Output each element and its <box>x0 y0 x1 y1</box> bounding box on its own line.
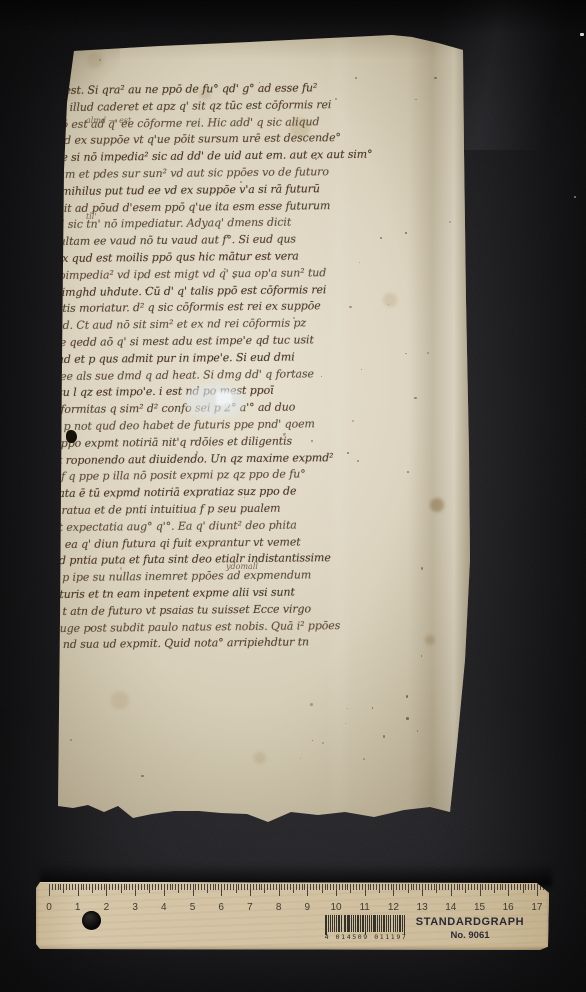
ruler-tick <box>411 884 412 890</box>
ruler-tick <box>531 884 532 890</box>
ruler-number: 9 <box>305 902 311 913</box>
parchment-speck <box>363 758 365 760</box>
ruler-tick <box>60 884 61 890</box>
barcode-bar <box>353 915 354 932</box>
barcode-bar <box>325 915 327 935</box>
barcode-bar <box>344 915 345 932</box>
erased-patch <box>186 384 244 418</box>
ruler-tick <box>347 884 348 890</box>
ruler-number: 12 <box>388 902 399 913</box>
cloth-top-shadow <box>0 0 586 34</box>
ruler-tick <box>66 884 67 890</box>
ruler-tick <box>204 884 205 890</box>
ruler-tick <box>161 884 162 890</box>
ruler-tick <box>385 884 386 890</box>
ruler-tick <box>350 884 351 893</box>
barcode-bar <box>345 915 346 932</box>
ruler-number: 4 <box>161 902 167 913</box>
ruler-tick <box>442 884 443 890</box>
ruler-tick <box>172 884 173 890</box>
ruler-tick <box>307 884 308 896</box>
ruler-tick <box>333 884 334 890</box>
ruler-tick <box>210 884 211 890</box>
ruler-tick <box>279 884 280 896</box>
ruler-tick <box>267 884 268 890</box>
ruler-number: 5 <box>190 902 196 913</box>
ruler-tick <box>49 884 50 896</box>
ruler-tick <box>316 884 317 890</box>
ruler-tick <box>287 884 288 890</box>
white-speck <box>580 33 584 36</box>
ruler-tick <box>523 884 524 893</box>
ruler-tick <box>399 884 400 890</box>
ruler-tick <box>238 884 239 890</box>
ruler-tick <box>488 884 489 890</box>
parchment-speck <box>449 221 451 223</box>
ruler-tick <box>253 884 254 890</box>
ruler-tick <box>55 884 56 890</box>
ruler-tick <box>471 884 472 890</box>
ruler-tick <box>491 884 492 890</box>
ruler-tick <box>141 884 142 890</box>
ruler-tick <box>190 884 191 890</box>
ruler-tick <box>434 884 435 890</box>
ruler-tick <box>376 884 377 890</box>
ruler-tick <box>508 884 509 896</box>
ruler-tick <box>391 884 392 890</box>
ruler-tick <box>494 884 495 893</box>
barcode-bar <box>373 915 375 932</box>
ruler-tick <box>425 884 426 890</box>
ruler-model: No. 9061 <box>390 930 550 941</box>
ruler-tick <box>221 884 222 896</box>
barcode-bar <box>379 915 380 932</box>
ruler-tick <box>359 884 360 890</box>
ruler-tick <box>193 884 194 896</box>
barcode-bar <box>351 915 352 932</box>
ruler-tick <box>408 884 409 893</box>
ruler-tick <box>362 884 363 890</box>
barcode-bar <box>388 915 389 932</box>
interlinear-note: tll' <box>86 212 97 221</box>
interlinear-note: ydomall <box>226 562 258 571</box>
ruler-tick <box>319 884 320 890</box>
ruler-tick <box>459 884 460 890</box>
ruler-tick <box>505 884 506 890</box>
ruler-tick <box>373 884 374 890</box>
ruler-tick <box>396 884 397 890</box>
ruler-number: 17 <box>531 902 542 913</box>
barcode-bar <box>338 915 340 932</box>
ruler-tick <box>86 884 87 890</box>
ruler-tick <box>69 884 70 890</box>
ruler-tick <box>454 884 455 890</box>
barcode-bar <box>355 915 357 932</box>
ruler-tick <box>201 884 202 890</box>
ruler: 01234567891011121314151617 4 014509 0111… <box>36 882 549 950</box>
ruler-tick <box>181 884 182 890</box>
ruler-tick <box>121 884 122 893</box>
parchment-stain <box>430 498 444 512</box>
ruler-tick <box>236 884 237 893</box>
ruler-tick <box>227 884 228 890</box>
ruler-number: 3 <box>132 902 138 913</box>
parchment-speck <box>372 707 373 708</box>
ruler-tick <box>256 884 257 890</box>
ruler-tick <box>325 884 326 890</box>
ruler-tick <box>468 884 469 890</box>
ruler-number: 0 <box>46 902 52 913</box>
ruler-tick <box>457 884 458 890</box>
ruler-tick <box>152 884 153 890</box>
parchment-speck <box>434 77 436 79</box>
ruler-tick <box>129 884 130 890</box>
ruler-tick <box>215 884 216 890</box>
ruler-tick <box>482 884 483 890</box>
ruler-tick <box>511 884 512 890</box>
ruler-tick <box>164 884 165 896</box>
ruler-tick <box>302 884 303 890</box>
ruler-tick <box>170 884 171 890</box>
ruler-tick <box>218 884 219 890</box>
ruler-tick <box>517 884 518 890</box>
ruler-tick <box>431 884 432 890</box>
ruler-tick <box>213 884 214 890</box>
ruler-tick <box>144 884 145 890</box>
ruler-number: 11 <box>359 902 369 913</box>
ruler-tick <box>195 884 196 890</box>
ruler-tick <box>422 884 423 896</box>
ruler-tick <box>485 884 486 890</box>
ruler-tick <box>368 884 369 890</box>
barcode-bar <box>367 915 368 932</box>
ruler-tick <box>118 884 119 890</box>
ruler-tick <box>465 884 466 893</box>
parchment-speck <box>310 703 313 706</box>
ruler-hanging-hole <box>82 911 101 930</box>
ruler-number: 10 <box>330 902 341 913</box>
ruler-number: 7 <box>247 902 253 913</box>
ruler-tick <box>299 884 300 890</box>
ruler-tick <box>109 884 110 890</box>
barcode-bar <box>328 915 329 932</box>
ruler-tick <box>95 884 96 890</box>
barcode-bar <box>362 915 364 932</box>
barcode-bar <box>360 915 361 932</box>
barcode-bar <box>365 915 366 935</box>
ruler-tick <box>379 884 380 893</box>
ruler-tick <box>72 884 73 890</box>
ruler-tick <box>474 884 475 890</box>
ruler-tick <box>365 884 366 896</box>
ruler-tick <box>112 884 113 890</box>
ruler-tick <box>149 884 150 893</box>
ruler-tick <box>534 884 535 890</box>
ruler-tick <box>293 884 294 893</box>
parchment-stain <box>254 752 266 764</box>
ruler-number: 14 <box>445 902 456 913</box>
ruler-tick <box>115 884 116 890</box>
parchment-speck <box>355 77 357 79</box>
ruler-tick <box>537 884 538 896</box>
ruler-tick <box>345 884 346 890</box>
ruler-tick <box>502 884 503 890</box>
ruler-tick <box>58 884 59 890</box>
ruler-tick <box>451 884 452 896</box>
barcode-bar <box>383 915 385 932</box>
ruler-tick <box>81 884 82 890</box>
barcode-bar <box>357 915 359 932</box>
ruler-tick <box>370 884 371 890</box>
ruler-number: 16 <box>503 902 514 913</box>
ruler-tick <box>281 884 282 890</box>
ruler-tick <box>304 884 305 890</box>
ruler-tick <box>247 884 248 890</box>
ruler-tick <box>250 884 251 896</box>
ruler-tick <box>92 884 93 893</box>
barcode-bar <box>381 915 382 932</box>
ruler-tick <box>175 884 176 890</box>
ruler-tick <box>187 884 188 890</box>
barcode-bar <box>334 915 335 932</box>
ruler-tick <box>52 884 53 890</box>
ruler-tick <box>78 884 79 896</box>
ruler-tick <box>167 884 168 890</box>
ruler-number: 2 <box>104 902 110 913</box>
ruler-tick <box>89 884 90 890</box>
ruler-number: 15 <box>474 902 485 913</box>
ruler-tick <box>428 884 429 890</box>
ruler-tick <box>514 884 515 890</box>
barcode-bar <box>336 915 337 932</box>
parchment-speck <box>141 775 143 777</box>
ruler-tick <box>497 884 498 890</box>
white-speck <box>574 196 576 198</box>
ruler-tick <box>322 884 323 893</box>
ruler-tick <box>413 884 414 890</box>
parchment-stain <box>111 691 129 709</box>
ruler-tick <box>104 884 105 890</box>
photograph: n est. Si qra² au ne ppō de fu° qd' g° a… <box>0 0 586 992</box>
ruler-tick <box>270 884 271 890</box>
ruler-number: 13 <box>417 902 428 913</box>
parchment-speck <box>421 655 422 656</box>
ruler-tick <box>184 884 185 890</box>
ruler-tick <box>525 884 526 890</box>
ruler-tick <box>439 884 440 890</box>
ruler-tick <box>264 884 265 893</box>
ruler-tick <box>313 884 314 890</box>
barcode-bar <box>369 915 371 932</box>
ruler-tick <box>416 884 417 890</box>
parchment-speck <box>406 717 409 720</box>
ruler-tick <box>528 884 529 890</box>
ruler-tick <box>339 884 340 890</box>
barcode-bar <box>371 915 372 932</box>
parchment-speck <box>417 730 419 732</box>
ruler-tick <box>155 884 156 890</box>
ruler-tick <box>244 884 245 890</box>
parchment-speck <box>70 739 72 741</box>
barcode-bar <box>332 915 334 932</box>
ruler-tick <box>98 884 99 890</box>
ruler-tick <box>330 884 331 890</box>
ruler-tick <box>207 884 208 893</box>
barcode-bar <box>341 915 343 932</box>
ruler-tick <box>147 884 148 890</box>
erased-patch-core <box>216 392 232 405</box>
ink-blot <box>66 430 77 443</box>
barcode-bar <box>377 915 379 932</box>
ruler-tick <box>224 884 225 890</box>
ruler-tick <box>158 884 159 890</box>
ruler-tick <box>480 884 481 896</box>
ruler-tick <box>124 884 125 890</box>
ruler-tick <box>198 884 199 890</box>
ruler-tick <box>353 884 354 890</box>
ruler-tick <box>135 884 136 896</box>
ruler-tick <box>259 884 260 890</box>
ruler-tick <box>138 884 139 890</box>
ruler-tick <box>284 884 285 890</box>
ruler-tick <box>290 884 291 890</box>
ruler-tick <box>63 884 64 893</box>
ruler-tick <box>230 884 231 890</box>
ruler-tick <box>445 884 446 890</box>
ruler-tick <box>327 884 328 890</box>
ruler-tick <box>419 884 420 890</box>
barcode-bar <box>386 915 387 932</box>
ruler-tick <box>405 884 406 890</box>
ruler-tick <box>388 884 389 890</box>
ruler-tick <box>101 884 102 890</box>
barcode-bar <box>347 915 349 932</box>
ruler-tick <box>106 884 107 896</box>
ruler-tick <box>393 884 394 896</box>
ruler-tick <box>342 884 343 890</box>
ruler-tick <box>126 884 127 890</box>
ruler-tick <box>241 884 242 890</box>
ruler-number: 1 <box>75 902 81 913</box>
ruler-tick <box>336 884 337 896</box>
ruler-tick <box>178 884 179 893</box>
ruler-tick <box>382 884 383 890</box>
ruler-tick <box>402 884 403 890</box>
barcode-bar <box>330 915 331 932</box>
ruler-tick <box>500 884 501 890</box>
ruler-tick <box>462 884 463 890</box>
ruler-tick <box>276 884 277 890</box>
interlinear-note: almd — est <box>86 116 131 125</box>
ruler-tick <box>83 884 84 890</box>
ruler-tick <box>477 884 478 890</box>
ruler-brand: STANDARDGRAPH <box>390 916 550 928</box>
ruler-tick <box>261 884 262 890</box>
ruler-tick <box>132 884 133 890</box>
ruler-tick <box>75 884 76 890</box>
ruler-tick <box>436 884 437 893</box>
ruler-number: 6 <box>218 902 224 913</box>
ruler-tick <box>233 884 234 890</box>
ruler-tick <box>296 884 297 890</box>
ruler-tick <box>520 884 521 890</box>
ruler-tick <box>448 884 449 890</box>
ruler-tick <box>356 884 357 890</box>
ruler-number: 8 <box>276 902 282 913</box>
ruler-tick <box>273 884 274 890</box>
ruler-tick <box>310 884 311 890</box>
